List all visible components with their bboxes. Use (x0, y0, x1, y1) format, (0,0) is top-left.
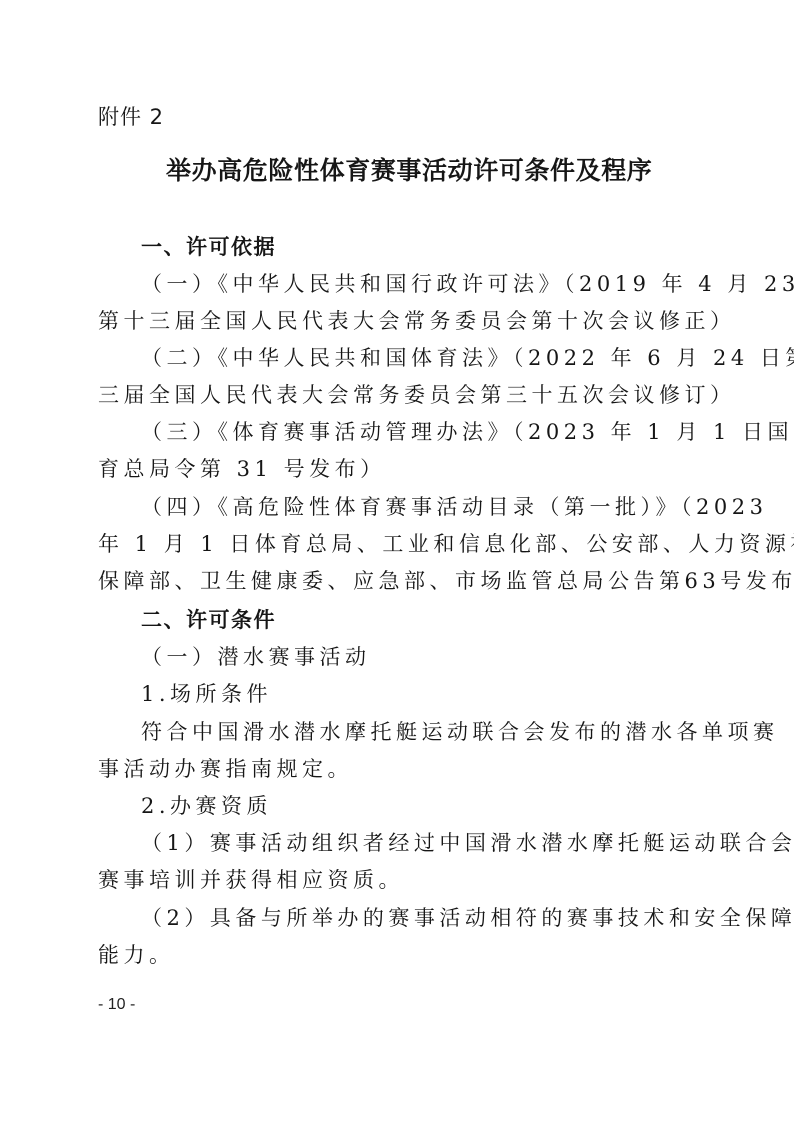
paragraph-line: （二）《中华人民共和国体育法》（2022 年 6 月 24 日第十 (141, 344, 794, 372)
paragraph-line: 育总局令第 31 号发布） (98, 455, 386, 483)
item-heading: 2.办赛资质 (141, 792, 272, 820)
paragraph-line: 年 1 月 1 日体育总局、工业和信息化部、公安部、人力资源社会 (98, 530, 794, 558)
paragraph-line: （2）具备与所举办的赛事活动相符的赛事技术和安全保障 (141, 904, 794, 932)
page-number: - 10 - (98, 996, 135, 1014)
document-title: 举办高危险性体育赛事活动许可条件及程序 (166, 157, 652, 185)
item-heading: 1.场所条件 (141, 680, 272, 708)
paragraph-line: （1）赛事活动组织者经过中国滑水潜水摩托艇运动联合会 (141, 829, 794, 857)
paragraph-line: 能力。 (98, 941, 175, 969)
section-heading-basis: 一、许可依据 (141, 233, 276, 261)
paragraph-line: （一）《中华人民共和国行政许可法》（2019 年 4 月 23 日 (141, 270, 794, 298)
paragraph-line: 符合中国滑水潜水摩托艇运动联合会发布的潜水各单项赛 (141, 718, 779, 746)
document-page: 附件 2 举办高危险性体育赛事活动许可条件及程序 一、许可依据 （一）《中华人民… (0, 0, 794, 1123)
paragraph-line: （三）《体育赛事活动管理办法》（2023 年 1 月 1 日国家体 (141, 418, 794, 446)
paragraph-line: 第十三届全国人民代表大会常务委员会第十次会议修正） (98, 307, 736, 335)
paragraph-line: 保障部、卫生健康委、应急部、市场监管总局公告第63号发布） (98, 567, 794, 595)
subsection-heading: （一）潜水赛事活动 (141, 643, 371, 671)
paragraph-line: 三届全国人民代表大会常务委员会第三十五次会议修订） (98, 381, 736, 409)
paragraph-line: （四）《高危险性体育赛事活动目录（第一批）》（2023 (141, 493, 767, 521)
paragraph-line: 事活动办赛指南规定。 (98, 755, 353, 783)
attachment-label: 附件 2 (98, 103, 164, 131)
section-heading-conditions: 二、许可条件 (141, 606, 276, 634)
paragraph-line: 赛事培训并获得相应资质。 (98, 866, 404, 894)
